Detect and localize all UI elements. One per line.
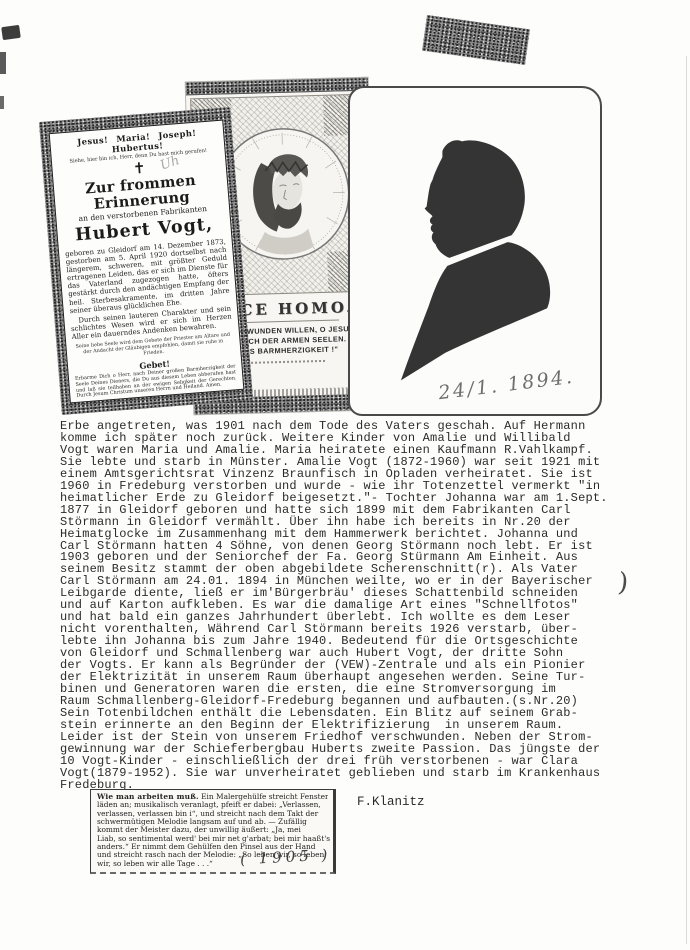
memorial-card-paper: Jesus! Maria! Joseph! Hubertus! Siehe, h…	[49, 120, 245, 404]
handwritten-paren: )	[616, 568, 629, 599]
card-border-top	[186, 78, 368, 96]
card-corner-behind	[422, 15, 530, 65]
scan-artifact	[0, 52, 6, 74]
scan-artifact	[0, 96, 4, 109]
profile-silhouette	[350, 88, 600, 414]
memorial-card: Jesus! Maria! Joseph! Hubertus! Siehe, h…	[39, 107, 253, 415]
author-signature: F.Klanitz	[357, 795, 425, 809]
typescript-text: Erbe angetreten, was 1901 nach dem Tode …	[60, 421, 608, 792]
scan-edge-line	[686, 56, 687, 944]
printer-imprint	[243, 360, 325, 365]
cross-icon: ✝	[132, 159, 146, 178]
obituary-text: geboren zu Gleidorf am 14. Dezember 1873…	[65, 238, 231, 315]
scanned-document-page: ECCE HOMO. EINER H. WUNDEN WILLEN, O JES…	[0, 0, 690, 950]
scan-artifact	[1, 25, 21, 40]
silhouette-card: 24/1. 1894.	[348, 86, 602, 416]
